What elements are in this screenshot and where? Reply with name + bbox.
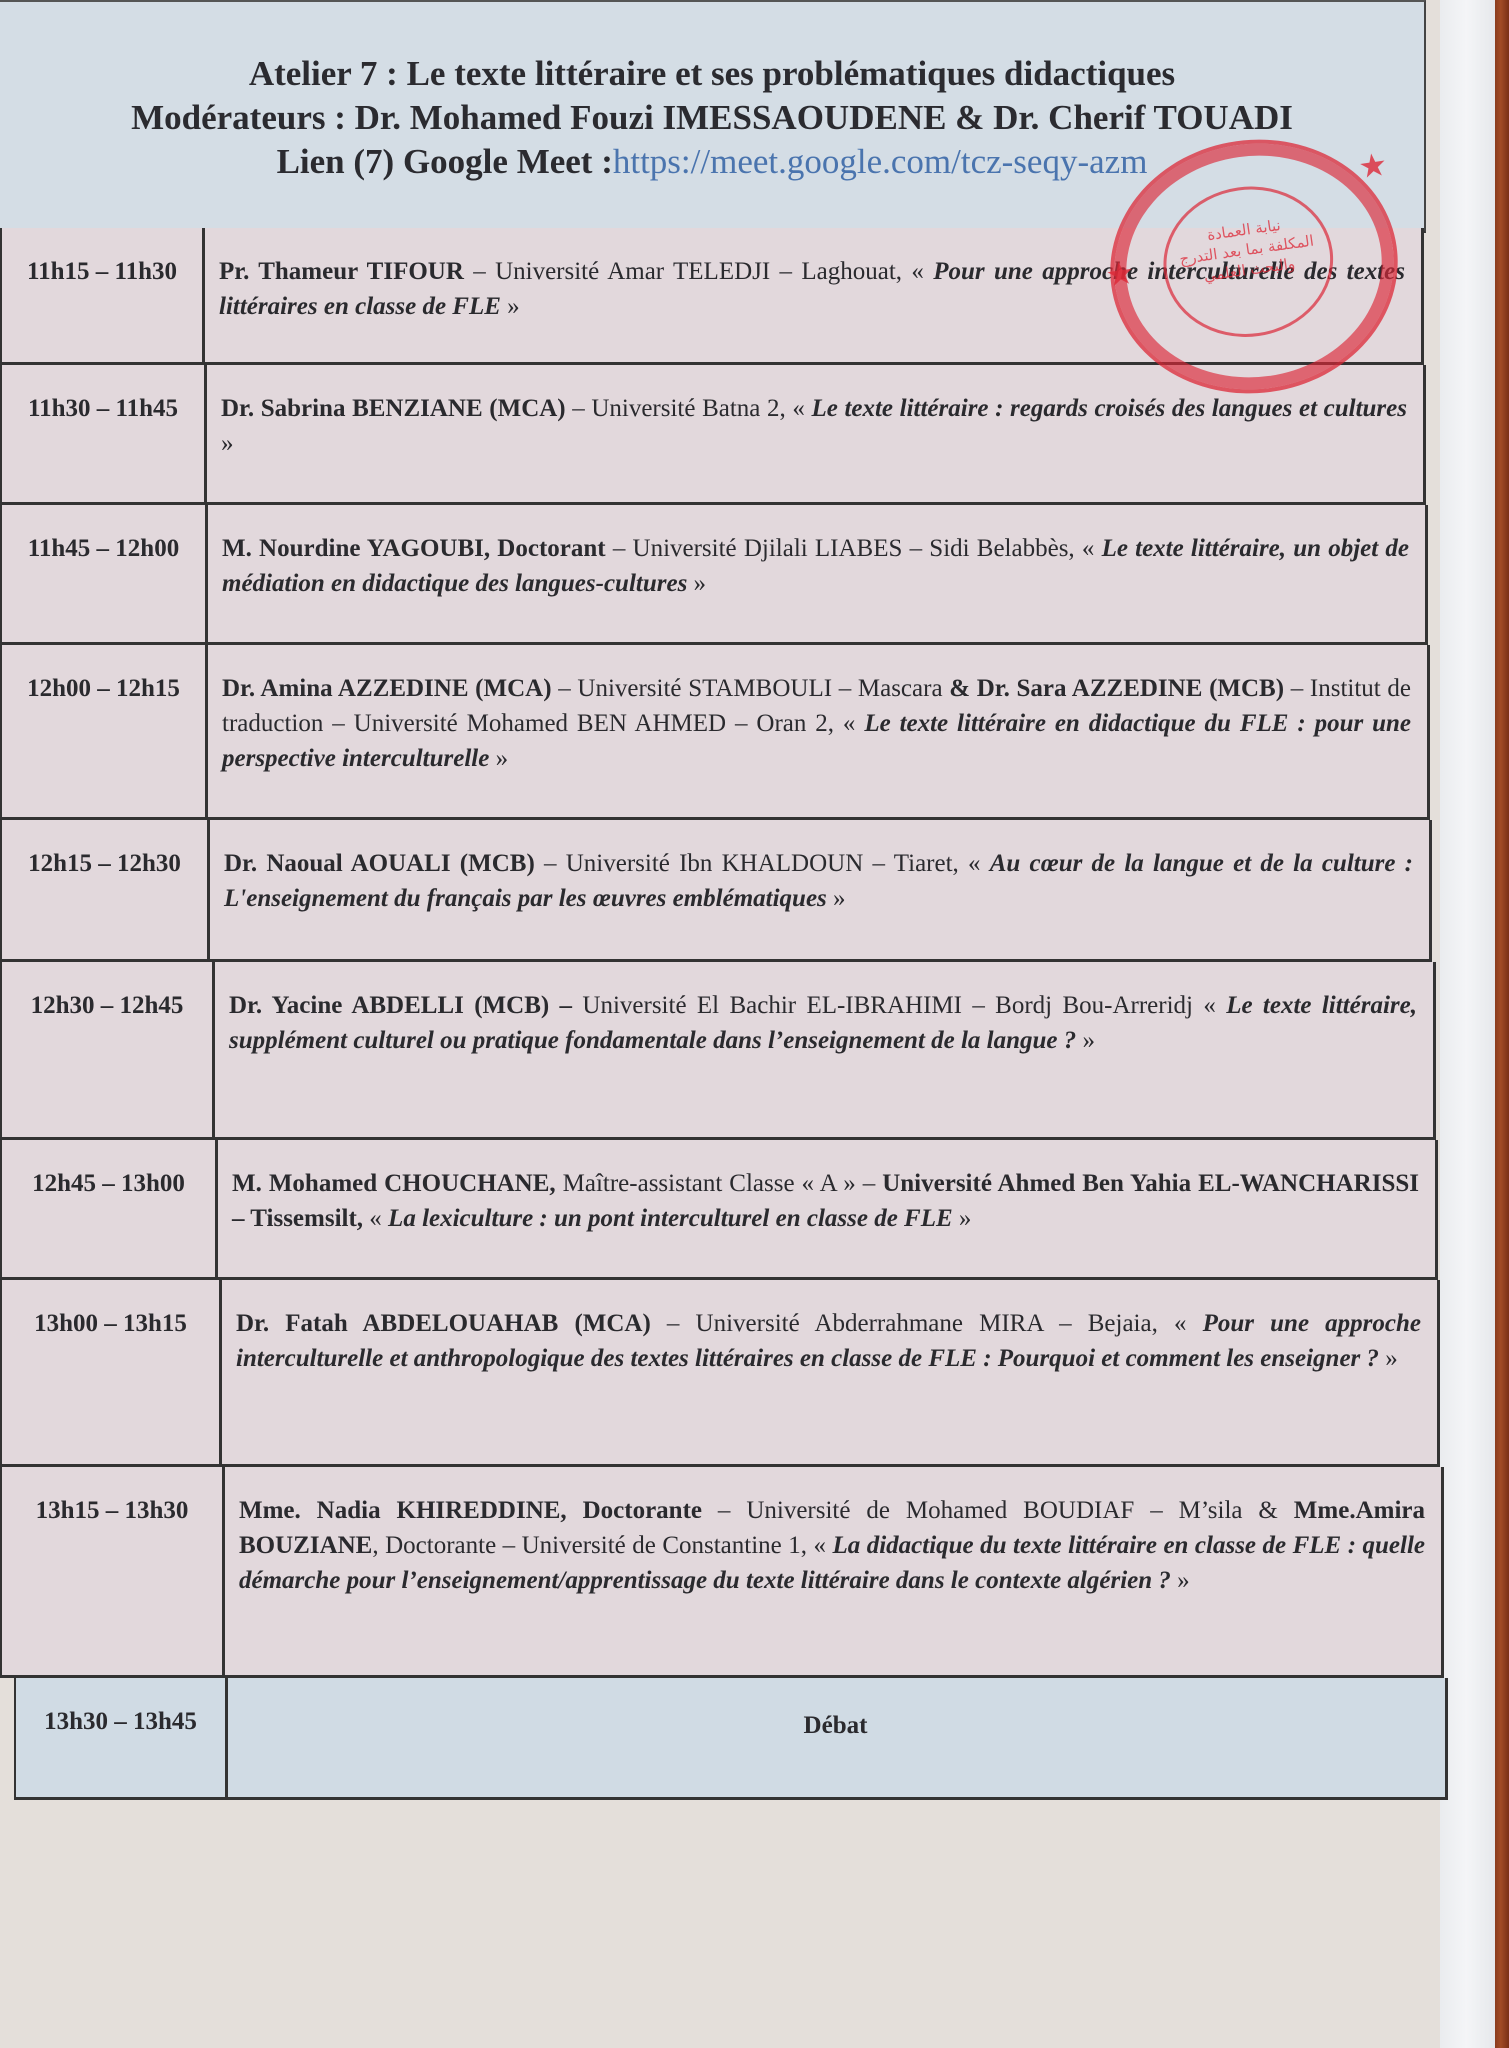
- speaker-name: Dr. Naoual AOUALI (MCB): [224, 850, 535, 877]
- affiliation: «: [363, 1205, 388, 1232]
- closing-quote: »: [1379, 1345, 1398, 1372]
- time-cell: 12h00 – 12h15: [0, 645, 208, 820]
- speaker-name: Dr. Sabrina BENZIANE (MCA): [221, 395, 566, 422]
- time-cell: 13h00 – 13h15: [0, 1280, 222, 1467]
- affiliation: – Université Batna 2, «: [566, 395, 812, 422]
- affiliation: – Université Ibn KHALDOUN – Tiaret, «: [535, 850, 990, 877]
- time-cell: 11h30 – 11h45: [0, 365, 207, 505]
- affiliation: Université El Bachir EL-IBRAHIMI – Bordj…: [572, 992, 1226, 1019]
- time-cell: 12h30 – 12h45: [0, 962, 215, 1140]
- time-cell: 13h15 – 13h30: [0, 1467, 225, 1678]
- table-row: 13h15 – 13h30Mme. Nadia KHIREDDINE, Doct…: [0, 1467, 1444, 1678]
- debate-cell: Débat: [228, 1678, 1448, 1800]
- affiliation: – Université Djilali LIABES – Sidi Belab…: [606, 535, 1102, 562]
- table-row: 12h15 – 12h30Dr. Naoual AOUALI (MCB) – U…: [0, 820, 1432, 962]
- speaker-name: Dr. Fatah ABDELOUAHAB (MCA): [236, 1310, 651, 1337]
- talk-cell: Dr. Sabrina BENZIANE (MCA) – Université …: [207, 365, 1426, 505]
- speaker-name: M. Mohamed CHOUCHANE,: [232, 1170, 556, 1197]
- wooden-table-edge: [1495, 0, 1509, 2048]
- meet-link[interactable]: https://meet.google.com/tcz-seqy-azm: [613, 142, 1148, 181]
- debate-row: 13h30 – 13h45Débat: [0, 1678, 1448, 1800]
- table-row: 13h00 – 13h15Dr. Fatah ABDELOUAHAB (MCA)…: [0, 1280, 1440, 1467]
- affiliation: – Université Amar TELEDJI – Laghouat, «: [464, 258, 933, 285]
- talk-cell: Dr. Fatah ABDELOUAHAB (MCA) – Université…: [222, 1280, 1440, 1467]
- affiliation: – Université STAMBOULI – Mascara: [552, 675, 950, 702]
- meet-link-line: Lien (7) Google Meet :https://meet.googl…: [0, 140, 1424, 184]
- closing-quote: »: [501, 293, 520, 320]
- talk-title: Le texte littéraire : regards croisés de…: [811, 395, 1407, 422]
- workshop-header: Atelier 7 : Le texte littéraire et ses p…: [0, 0, 1426, 233]
- speaker-name: Pr. Thameur TIFOUR: [219, 258, 464, 285]
- talk-cell: Dr. Amina AZZEDINE (MCA) – Université ST…: [208, 645, 1430, 820]
- closing-quote: »: [1076, 1027, 1095, 1054]
- moderators: Modérateurs : Dr. Mohamed Fouzi IMESSAOU…: [0, 96, 1424, 140]
- affiliation: – Université de Mohamed BOUDIAF – M’sila…: [702, 1497, 1294, 1524]
- time-cell: 11h45 – 12h00: [0, 505, 208, 645]
- speaker-name: M. Nourdine YAGOUBI, Doctorant: [222, 535, 606, 562]
- closing-quote: »: [953, 1205, 972, 1232]
- table-row: 12h00 – 12h15Dr. Amina AZZEDINE (MCA) – …: [0, 645, 1430, 820]
- table-row: 12h45 – 13h00M. Mohamed CHOUCHANE, Maîtr…: [0, 1140, 1438, 1280]
- talk-title: La lexiculture : un pont interculturel e…: [388, 1205, 953, 1232]
- talk-cell: Pr. Thameur TIFOUR – Université Amar TEL…: [205, 228, 1424, 365]
- table-row: 12h30 – 12h45Dr. Yacine ABDELLI (MCB) – …: [0, 962, 1436, 1140]
- affiliation: Maître-assistant Classe « A » –: [556, 1170, 883, 1197]
- time-cell: 11h15 – 11h30: [0, 228, 205, 365]
- time-cell: 13h30 – 13h45: [14, 1678, 228, 1800]
- closing-quote: »: [221, 430, 234, 457]
- table-row: 11h15 – 11h30Pr. Thameur TIFOUR – Univer…: [0, 228, 1424, 365]
- talk-cell: M. Mohamed CHOUCHANE, Maître-assistant C…: [218, 1140, 1438, 1280]
- speaker-name: & Dr. Sara AZZEDINE (MCB): [949, 675, 1284, 702]
- talk-cell: M. Nourdine YAGOUBI, Doctorant – Univers…: [208, 505, 1428, 645]
- speaker-name: Mme. Nadia KHIREDDINE, Doctorante: [239, 1497, 702, 1524]
- workshop-title: Atelier 7 : Le texte littéraire et ses p…: [0, 52, 1424, 96]
- closing-quote: »: [687, 570, 706, 597]
- speaker-name: Dr. Amina AZZEDINE (MCA): [222, 675, 552, 702]
- table-row: 11h45 – 12h00M. Nourdine YAGOUBI, Doctor…: [0, 505, 1428, 645]
- table-row: 11h30 – 11h45Dr. Sabrina BENZIANE (MCA) …: [0, 365, 1426, 505]
- closing-quote: »: [1171, 1567, 1190, 1594]
- meet-link-label: Lien (7) Google Meet :: [277, 142, 613, 181]
- time-cell: 12h45 – 13h00: [0, 1140, 218, 1280]
- talk-cell: Dr. Naoual AOUALI (MCB) – Université Ibn…: [210, 820, 1432, 962]
- time-cell: 12h15 – 12h30: [0, 820, 210, 962]
- affiliation: – Université Abderrahmane MIRA – Bejaia,…: [651, 1310, 1203, 1337]
- speaker-name: Dr. Yacine ABDELLI (MCB) –: [229, 992, 572, 1019]
- program-sheet: Atelier 7 : Le texte littéraire et ses p…: [0, 0, 1440, 2048]
- affiliation: , Doctorante – Université de Constantine…: [372, 1532, 832, 1559]
- talk-cell: Dr. Yacine ABDELLI (MCB) – Université El…: [215, 962, 1436, 1140]
- closing-quote: »: [827, 885, 846, 912]
- talk-cell: Mme. Nadia KHIREDDINE, Doctorante – Univ…: [225, 1467, 1444, 1678]
- closing-quote: »: [489, 745, 508, 772]
